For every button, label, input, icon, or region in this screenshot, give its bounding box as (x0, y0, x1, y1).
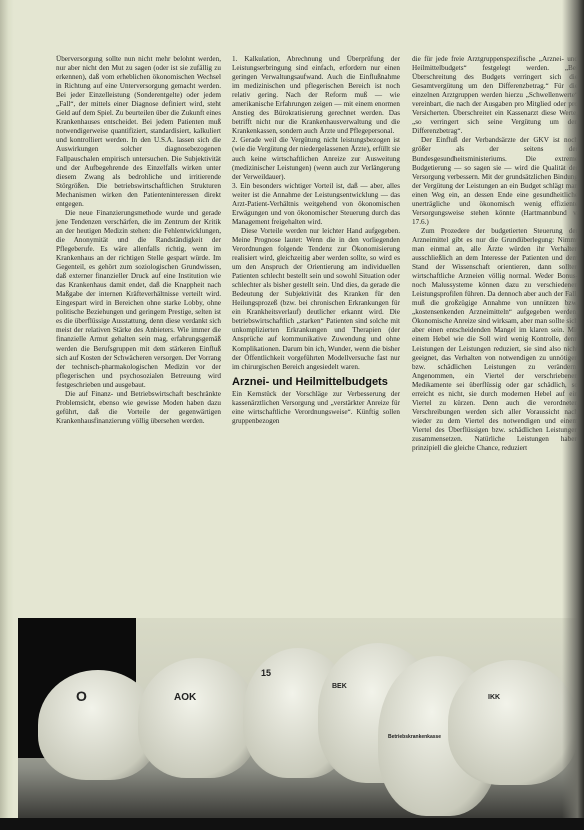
paragraph: Die neue Finanzierungsmethode wurde und … (56, 209, 221, 390)
paragraph: 1. Kalkulation, Abrechnung und Überprüfu… (232, 55, 400, 136)
paragraph: Die auf Finanz- und Betriebswirtschaft b… (56, 390, 221, 426)
paragraph: Ein Kernstück der Vorschläge zur Verbess… (232, 390, 400, 426)
insurer-logo-label: O (76, 688, 87, 704)
paragraph: 3. Ein besonders wichtiger Vorteil ist, … (232, 182, 400, 227)
scan-bottom-border (0, 818, 584, 830)
piggy-bank: IKK (448, 660, 578, 785)
insurer-logo-label: Betriebskrankenkasse (388, 734, 441, 740)
paragraph: Zum Prozedere der budgetierten Steuerung… (412, 227, 578, 453)
page-binding-shadow (0, 0, 14, 830)
paragraph: Überversorgung sollte nun nicht mehr bel… (56, 55, 221, 209)
section-heading: Arznei- und Heilmittelbudgets (232, 378, 400, 387)
insurer-logo-label: 15 (261, 668, 271, 678)
text-column-1: Überversorgung sollte nun nicht mehr bel… (56, 55, 221, 426)
paragraph: Der Einfluß der Verbandsärzte der GKV is… (412, 136, 578, 226)
insurer-logo-label: IKK (488, 694, 500, 701)
piggy-bank: AOK (138, 658, 258, 778)
text-column-2: 1. Kalkulation, Abrechnung und Überprüfu… (232, 55, 400, 426)
paragraph: die für jede freie Arztgruppenspezifisch… (412, 55, 578, 136)
text-column-3: die für jede freie Arztgruppenspezifisch… (412, 55, 578, 453)
paragraph: Diese Vorteile werden nur leichter Hand … (232, 227, 400, 372)
insurer-logo-label: BEK (332, 683, 347, 690)
paragraph: 2. Gerade weil die Vergütung nicht leist… (232, 136, 400, 181)
piggy-banks-photo: O AOK 15 BEK Betriebskrankenkasse IKK (18, 618, 584, 818)
insurer-logo-label: AOK (174, 692, 196, 703)
page-edge-shadow (562, 0, 584, 830)
